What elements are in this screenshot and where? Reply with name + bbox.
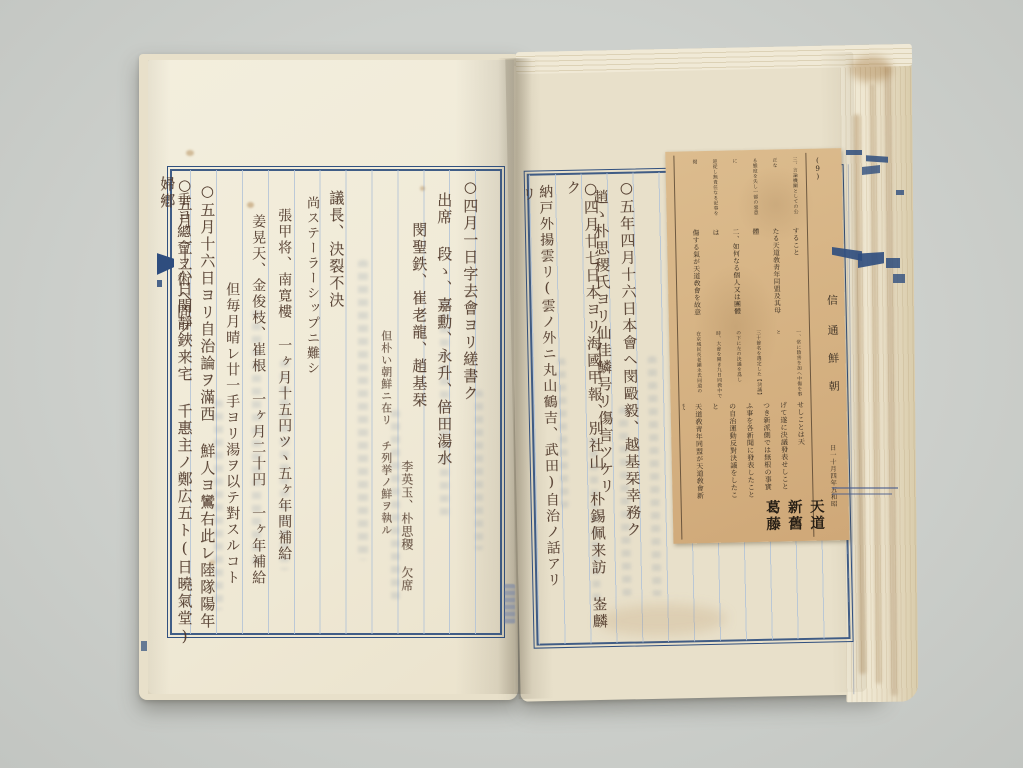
corner-stain — [850, 56, 892, 82]
handwritten-entry-column: ○五月二十六日閔靜鋏来宅 千惠主ノ鄭広五ト(日曉氣堂)婦鄕 — [158, 176, 193, 654]
book-photograph: ○四月一日字去會ヨリ縒書ク 出席 段ゝ、嘉勳、永升、倍田湯水 閔聖鉄、崔老龍、趙… — [0, 0, 1023, 768]
fore-edge-frame-mark — [846, 150, 862, 155]
handwritten-subnote-column: 但朴い朝鮮ニ在リ チ列挙ノ鮮ヲ執ル — [379, 330, 392, 630]
clipping-masthead-char: 朝 — [825, 380, 841, 391]
print-column: 二、如何なる個人又は團體は — [705, 228, 747, 321]
print-column: 迎從し無責任なる記事を掲 — [683, 159, 724, 222]
print-column: つき新派側では無根の事實 — [758, 402, 777, 502]
handwritten-entry-column: 出席 段ゝ、嘉勳、永升、倍田湯水 — [435, 192, 452, 632]
fore-edge-rule-line — [832, 487, 898, 489]
fore-edge-frame-mark — [886, 258, 900, 268]
print-column: 傷する氣が天道敎會を故意に — [679, 229, 707, 322]
foxing-spot — [186, 150, 194, 156]
clipping-masthead-char: 通 — [824, 324, 840, 335]
headline-column: 天道 — [805, 499, 828, 539]
handwritten-entry-column: 張甲将、南寛樓 一ヶ月十五円ツヽ五ヶ年間補給 — [276, 208, 292, 632]
fore-edge-frame-mark — [893, 274, 905, 283]
clipping-masthead-char: 信 — [823, 294, 839, 305]
newspaper-clipping: 三、言論機關としての公正な る態度を失し一部の惡意に 迎從し無責任なる記事を掲 … — [665, 148, 849, 544]
print-column: ふ事を各新聞に發表したこと — [741, 402, 760, 502]
clipping-text-band: 一、常に陰害を加へ中傷を事と 三十餘名を選定した【決議】 の下に左の決議を爲し … — [681, 329, 808, 400]
left-edge-fold-mark — [157, 280, 162, 287]
print-column: すること — [785, 227, 807, 319]
print-column: 一、常に陰害を加へ中傷を事と — [767, 329, 808, 398]
handwritten-entry-column: 議長、決裂不決 — [327, 190, 344, 630]
print-column: たる天道敎靑年同盟及其母體 — [745, 227, 787, 320]
handwritten-entry-column: ○五月十六日ヨリ自治論ヲ滿西 鮮人ヨ鸞右此レ陸隊陽年 — [198, 182, 215, 632]
left-edge-fold-mark — [141, 641, 147, 651]
fore-edge-rule-line — [832, 493, 892, 495]
print-column: せしことは天 — [792, 401, 811, 501]
gutter-stamp-illegible — [504, 584, 515, 624]
print-column: 三、言論機關としての公正な — [763, 157, 804, 220]
handwritten-subnote-column: 李英玉、朴思稷 欠席 — [399, 460, 413, 630]
handwritten-entry-column: 尚ステーラーシップニ難シ — [303, 196, 318, 626]
print-column: 在京城民長老團永氏同道の — [687, 331, 708, 399]
bleed-through-text — [358, 260, 368, 560]
clipping-date: 日一十月四年五和昭 — [828, 444, 838, 514]
print-column: 天道敎靑年同盟が天道敎會新派 — [683, 403, 709, 503]
foxing-spot — [420, 186, 425, 191]
print-column: の自治運動反對決議をしたこと — [707, 402, 743, 503]
handwritten-entry-column: 姜晃天、金俊枝、崔根 一ヶ月二十円 一ヶ年補給 — [250, 214, 266, 632]
print-column: の下に左の決議を爲し — [727, 330, 748, 398]
headline-column: 新舊 — [783, 499, 806, 539]
print-column: 時、大會を開き九日同敎中で — [707, 331, 728, 399]
handwritten-entry-column: 但毎月晴レ廿一手ヨリ湯ヲ以テ對スルコト — [224, 282, 240, 632]
handwritten-entry-column: ○四月一日字去會ヨリ縒書ク — [461, 178, 478, 628]
clipping-headline: 天道 新舊 葛藤 — [759, 499, 828, 540]
print-column: る態度を失し一部の惡意に — [723, 158, 764, 221]
right-page-group: ○五年四月十六日本會ヘ閔毆毅、越基栞幸務ク 趙ゝ朴思稷氏ヨリ仙佳鱗号リ傷言ツケリ… — [505, 52, 866, 699]
print-column: 載したる×月×日付記事を — [677, 159, 684, 221]
clipping-text-band: すること たる天道敎靑年同盟及其母體 二、如何なる個人又は團體は 傷する氣が天道… — [679, 227, 807, 322]
headline-column: 葛藤 — [761, 499, 784, 539]
foxing-spot — [247, 202, 254, 208]
print-column: げて遂に決議發表せしこと — [775, 401, 794, 501]
print-column: 三十餘名を選定した【決議】 — [747, 330, 768, 398]
clipping-text-band: 三、言論機關としての公正な る態度を失し一部の惡意に 迎從し無責任なる記事を掲 … — [677, 157, 804, 222]
fore-edge-stain-streak — [870, 84, 881, 684]
clipping-text-band: せしことは天 げて遂に決議發表せしこと つき新派側では無根の事實 ふ事を各新聞に… — [683, 401, 811, 504]
clipping-page-marker: (9) — [813, 157, 822, 187]
fore-edge-frame-mark — [896, 190, 904, 195]
clipping-masthead-char: 鮮 — [825, 352, 841, 363]
